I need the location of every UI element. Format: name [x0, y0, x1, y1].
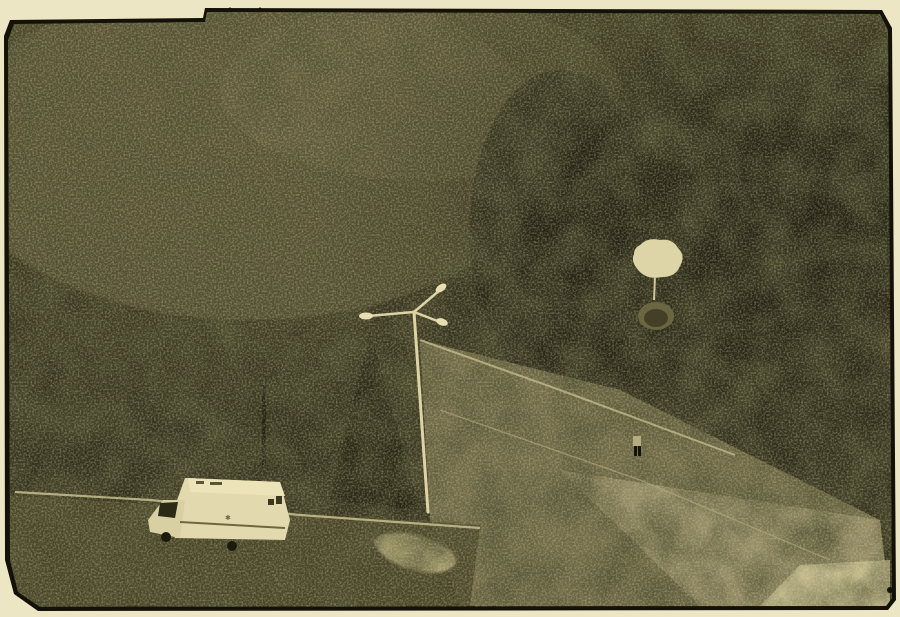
walking-figure	[633, 436, 641, 456]
svg-text:✱: ✱	[225, 514, 231, 522]
van-wheel-rear	[227, 541, 237, 551]
balloons	[633, 239, 683, 278]
van-wheel-front	[161, 532, 171, 542]
van-windshield	[158, 502, 178, 518]
photo-print: ✱	[0, 0, 900, 617]
